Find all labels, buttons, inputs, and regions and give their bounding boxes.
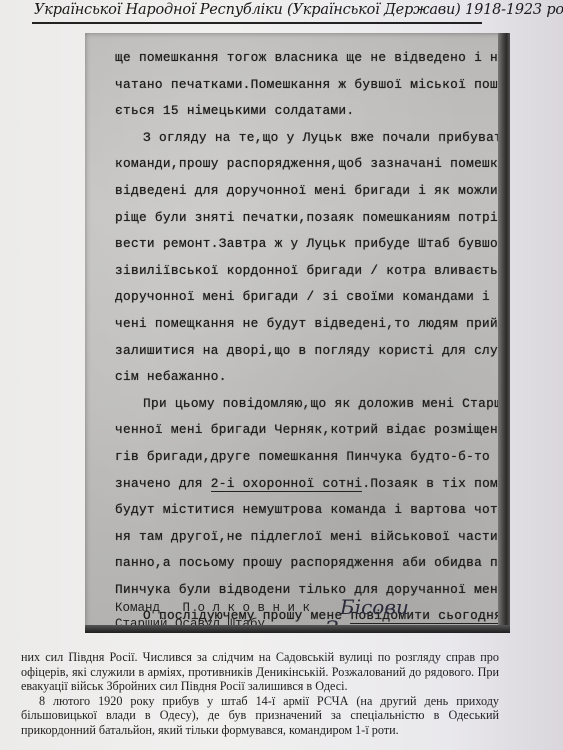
typewritten-text: ще помешкання тогож власника ще не відве… [115, 45, 500, 630]
typed-line: відведені для доручонної мені бригади і … [115, 178, 500, 205]
typed-line: доручонної мені бригади / зі своїми кома… [115, 284, 500, 311]
book-body-text: них сил Півдня Росії. Числився за слідчи… [21, 650, 499, 737]
underlined-phrase: 2-і охоронної сотні [211, 476, 363, 492]
typed-line: сім небажанно. [115, 364, 500, 391]
typed-line: команди,прошу распорядження,щоб зазначан… [115, 151, 500, 178]
body-paragraph-2: 8 лютого 1920 року прибув у штаб 14-ї ар… [21, 694, 499, 738]
signature-rank-colonel: П о л к о в н и к [183, 601, 311, 615]
typed-line: чатано печатками.Помешкання ж бувшої міс… [115, 72, 500, 99]
typed-line: будут міститися немуштрова команда і вар… [115, 497, 500, 524]
typed-line: ченної мені бригади Черняк,котрий відає … [115, 417, 500, 444]
archival-document-photo: ще помешкання тогож власника ще не відве… [85, 33, 510, 633]
photo-edge-shadow [498, 33, 510, 633]
typed-line: При цьому повідомляю,що як доложив мені … [115, 391, 500, 418]
typed-line: значено для 2-і охоронної сотні.Позаяк в… [115, 471, 500, 498]
typed-line: гів бригади,друге помешкання Пинчука буд… [115, 444, 500, 471]
photo-bottom-border [85, 625, 510, 633]
typed-line: ще помешкання тогож власника ще не відве… [115, 45, 500, 72]
signature-command-label: Команд [115, 601, 160, 615]
typed-line: панно,а посьому прошу распорядження аби … [115, 550, 500, 577]
handwritten-signature-1: Бісови [340, 595, 409, 619]
typed-line: вести ремонт.Завтра ж у Луцьк прибуде Шт… [115, 231, 500, 258]
typed-line: ється 15 німецькими солдатами. [115, 98, 500, 125]
typed-line: ріще були зняті печатки,позаяк помешкани… [115, 205, 500, 232]
typed-line: чені помещкання не будут відведені,то лю… [115, 311, 500, 338]
typed-line: З огляду на те,що у Луцьк вже почали при… [115, 125, 500, 152]
typed-line: залишитися на дворі,що в погляду користі… [115, 338, 500, 365]
running-head: Української Народної Республіки (Українс… [34, 2, 480, 18]
typed-line: зівиліївської кордонної бригади / котра … [115, 258, 500, 285]
body-paragraph-1: них сил Півдня Росії. Числився за слідчи… [21, 650, 499, 694]
typed-line: ня там другої,не підлеглої мені військов… [115, 524, 500, 551]
running-head-rule [32, 22, 482, 24]
